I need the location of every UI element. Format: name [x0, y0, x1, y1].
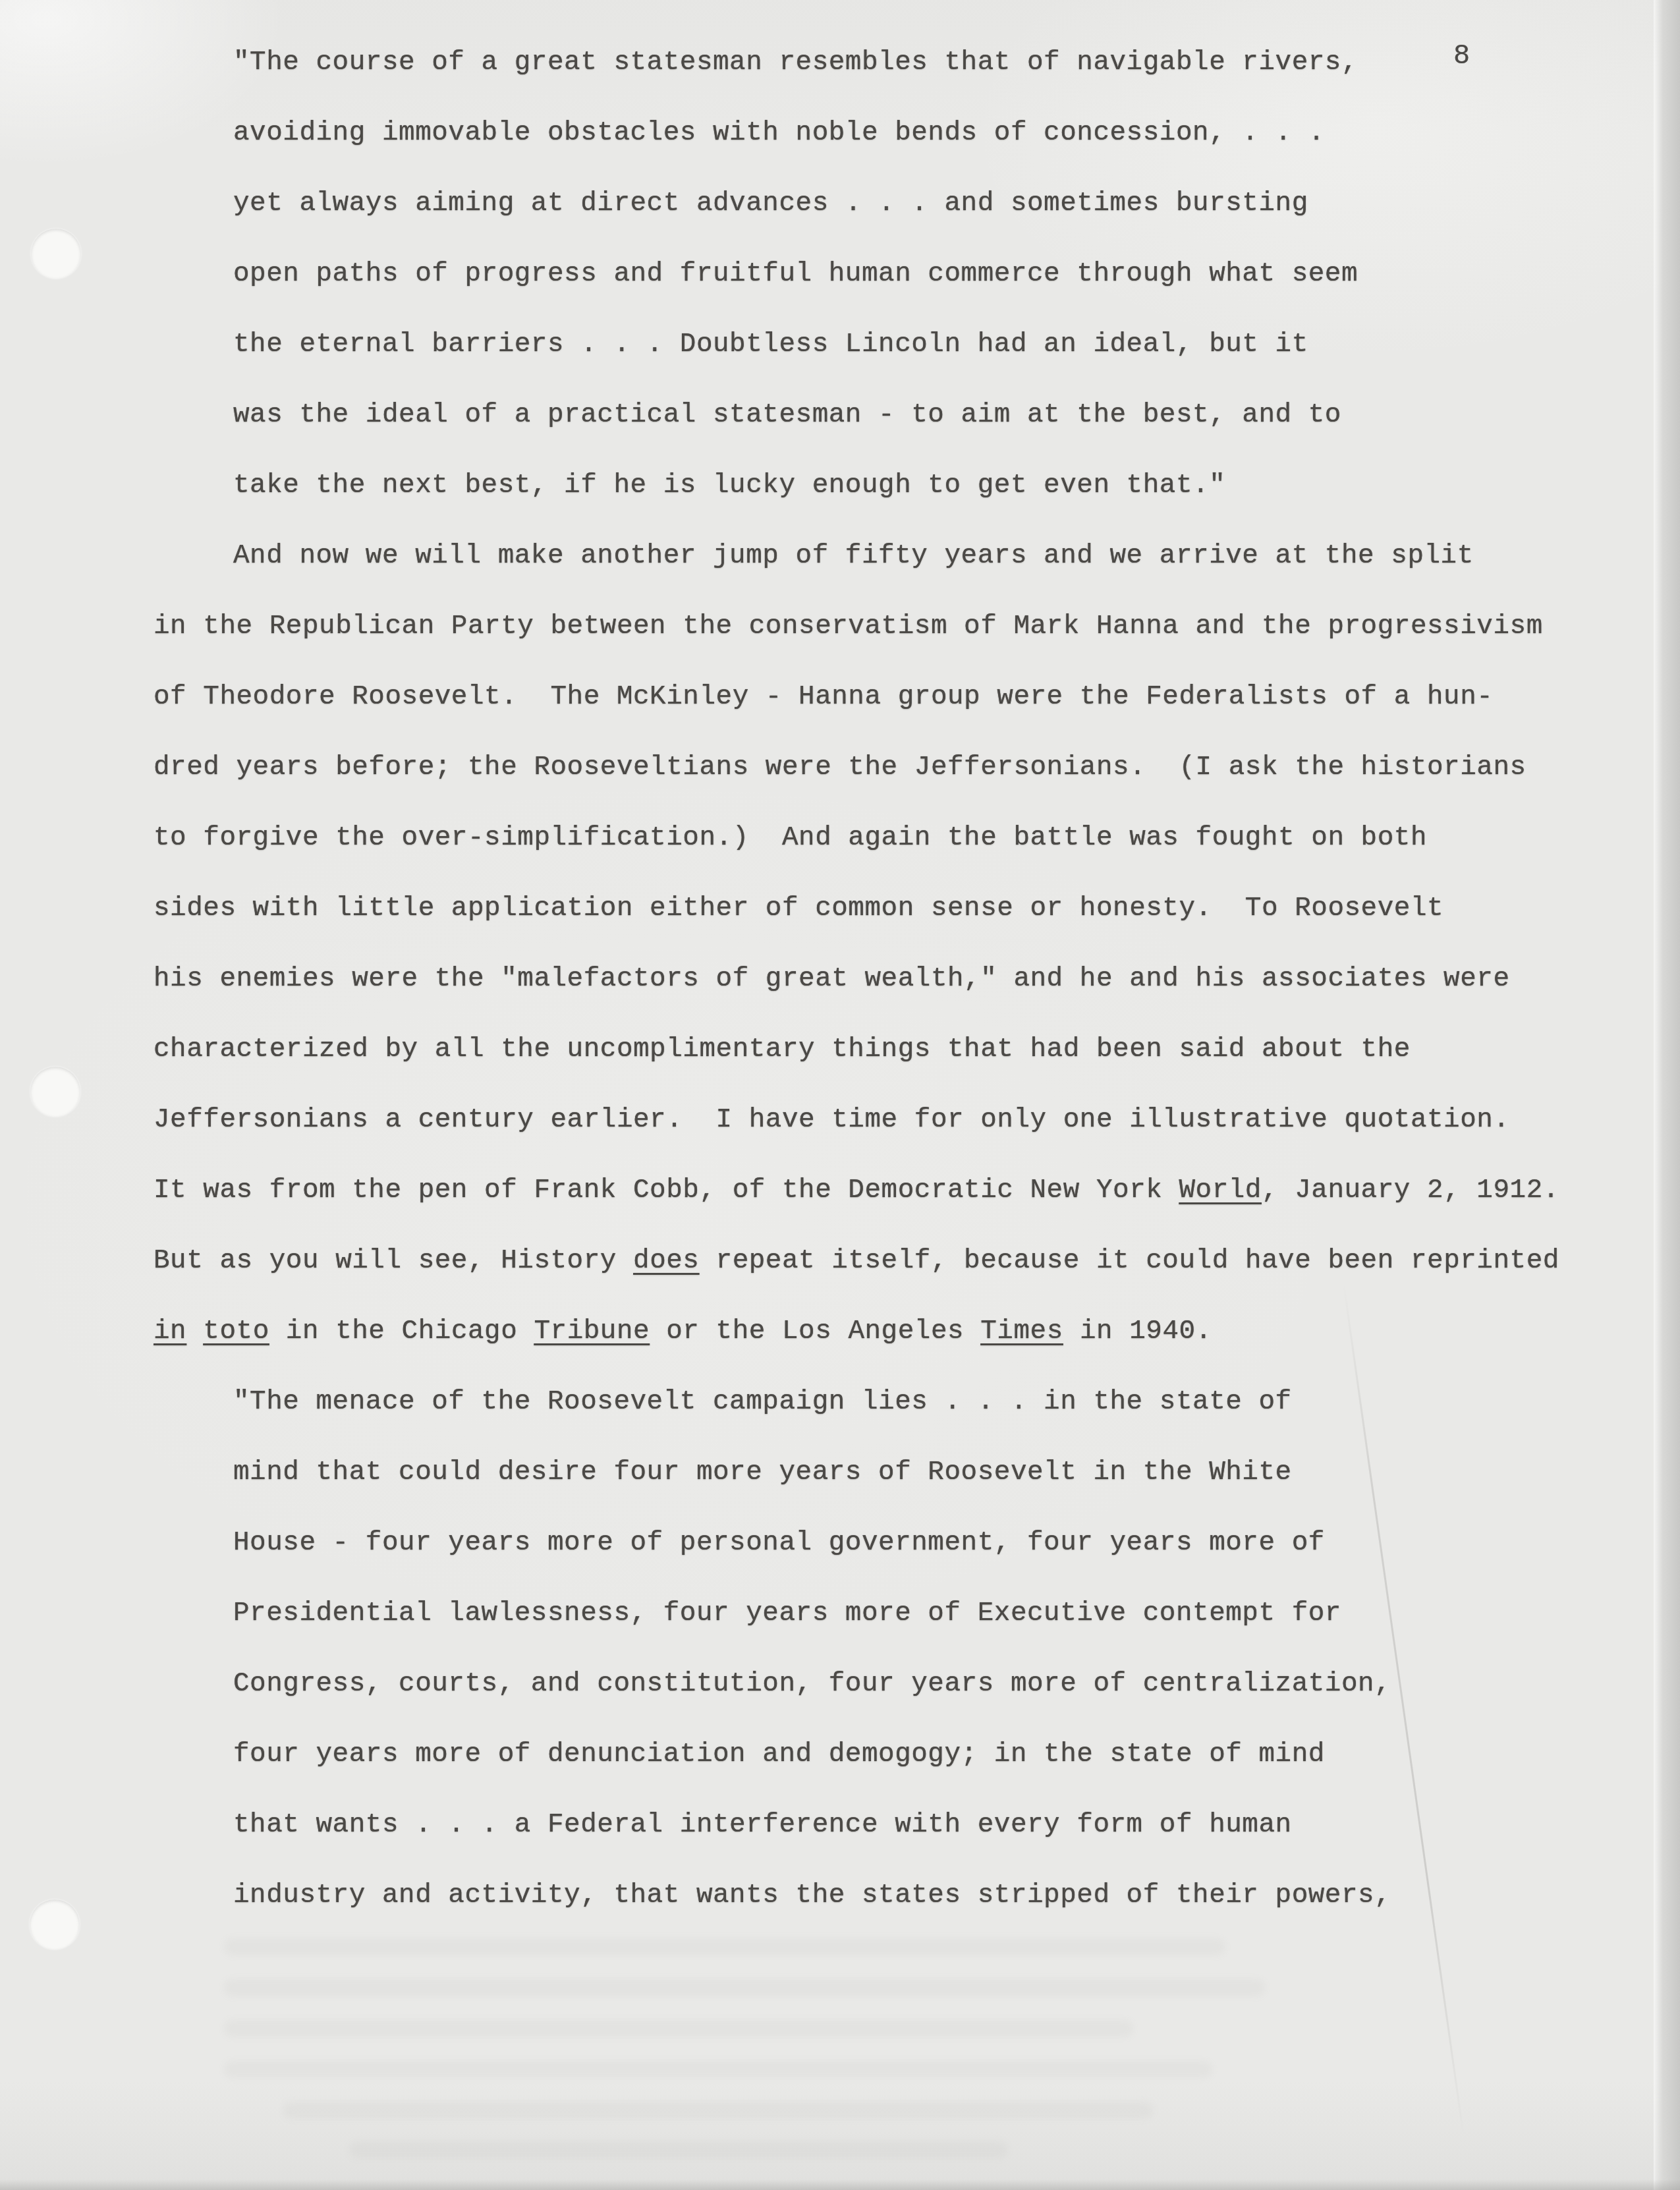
text-segment: "The course of a great statesman resembl…	[233, 47, 1358, 78]
text-segment	[186, 1316, 203, 1347]
underlined-text: Tribune	[534, 1316, 650, 1347]
punch-hole-middle	[30, 1067, 80, 1117]
text-line: that wants . . . a Federal interference …	[154, 1790, 1680, 1861]
text-line: of Theodore Roosevelt. The McKinley - Ha…	[154, 662, 1680, 733]
text-line: open paths of progress and fruitful huma…	[154, 239, 1680, 310]
text-segment: take the next best, if he is lucky enoug…	[233, 470, 1225, 501]
underlined-text: World	[1179, 1175, 1262, 1206]
underlined-text: Times	[980, 1316, 1063, 1347]
text-line: Jeffersonians a century earlier. I have …	[154, 1085, 1680, 1156]
text-segment: yet always aiming at direct advances . .…	[233, 188, 1308, 219]
text-segment: But as you will see, History	[154, 1246, 633, 1276]
text-line: to forgive the over-simplification.) And…	[154, 803, 1680, 874]
text-line: mind that could desire four more years o…	[154, 1438, 1680, 1508]
underlined-text: toto	[203, 1316, 269, 1347]
text-line: yet always aiming at direct advances . .…	[154, 169, 1680, 239]
bleed-through-line	[224, 2061, 1212, 2078]
text-segment: Presidential lawlessness, four years mor…	[233, 1598, 1341, 1629]
text-segment: his enemies were the "malefactors of gre…	[154, 964, 1510, 994]
text-segment: "The menace of the Roosevelt campaign li…	[233, 1387, 1292, 1417]
text-line: Presidential lawlessness, four years mor…	[154, 1579, 1680, 1649]
text-segment: open paths of progress and fruitful huma…	[233, 259, 1358, 289]
document-body: "The course of a great statesman resembl…	[0, 28, 1680, 1931]
text-line: "The menace of the Roosevelt campaign li…	[154, 1367, 1680, 1438]
text-line: take the next best, if he is lucky enoug…	[154, 451, 1680, 521]
text-line: It was from the pen of Frank Cobb, of th…	[154, 1156, 1680, 1226]
text-line: his enemies were the "malefactors of gre…	[154, 944, 1680, 1015]
block-quote: "The menace of the Roosevelt campaign li…	[154, 1367, 1680, 1931]
text-segment: And now we will make another jump of fif…	[233, 541, 1474, 571]
text-line: avoiding immovable obstacles with noble …	[154, 98, 1680, 169]
text-segment: or the Los Angeles	[650, 1316, 980, 1347]
text-segment: that wants . . . a Federal interference …	[233, 1810, 1292, 1840]
text-segment: Jeffersonians a century earlier. I have …	[154, 1105, 1510, 1135]
text-line: dred years before; the Rooseveltians wer…	[154, 733, 1680, 803]
text-segment: repeat itself, because it could have bee…	[699, 1246, 1559, 1276]
scan-edge-bottom	[0, 2179, 1680, 2190]
bleed-through-line	[224, 1938, 1225, 1955]
text-segment: characterized by all the uncomplimentary…	[154, 1034, 1411, 1065]
text-segment: to forgive the over-simplification.) And…	[154, 823, 1427, 853]
text-segment: avoiding immovable obstacles with noble …	[233, 118, 1325, 148]
text-segment: Congress, courts, and constitution, four…	[233, 1669, 1391, 1699]
text-line: characterized by all the uncomplimentary…	[154, 1015, 1680, 1085]
text-segment: the eternal barriers . . . Doubtless Lin…	[233, 329, 1308, 360]
text-segment: in the Chicago	[269, 1316, 534, 1347]
text-segment: House - four years more of personal gove…	[233, 1528, 1325, 1558]
punch-hole-top	[31, 229, 81, 279]
text-line: four years more of denunciation and demo…	[154, 1720, 1680, 1790]
punch-hole-bottom	[30, 1899, 80, 1950]
text-segment: mind that could desire four more years o…	[233, 1457, 1292, 1488]
scanned-typewritten-page: { "ink_color": "#4b4946", "paper_color":…	[0, 0, 1680, 2190]
text-line: in toto in the Chicago Tribune or the Lo…	[154, 1297, 1680, 1367]
text-line: sides with little application either of …	[154, 874, 1680, 944]
bleed-through-line	[283, 2102, 1153, 2119]
text-line: in the Republican Party between the cons…	[154, 592, 1680, 662]
text-line: But as you will see, History does repeat…	[154, 1226, 1680, 1297]
text-segment: four years more of denunciation and demo…	[233, 1739, 1325, 1770]
text-segment: was the ideal of a practical statesman -…	[233, 400, 1341, 430]
text-segment: sides with little application either of …	[154, 893, 1443, 924]
text-segment: in the Republican Party between the cons…	[154, 611, 1543, 642]
underlined-text: in	[154, 1316, 186, 1347]
text-line: And now we will make another jump of fif…	[154, 521, 1680, 592]
text-line: "The course of a great statesman resembl…	[154, 28, 1680, 98]
text-segment: It was from the pen of Frank Cobb, of th…	[154, 1175, 1179, 1206]
text-line: the eternal barriers . . . Doubtless Lin…	[154, 310, 1680, 380]
text-line: Congress, courts, and constitution, four…	[154, 1649, 1680, 1720]
text-line: industry and activity, that wants the st…	[154, 1861, 1680, 1931]
text-segment: of Theodore Roosevelt. The McKinley - Ha…	[154, 682, 1493, 712]
scan-edge-right	[1654, 0, 1680, 2190]
text-segment: , January 2, 1912.	[1262, 1175, 1559, 1206]
text-segment: dred years before; the Rooseveltians wer…	[154, 752, 1526, 783]
underlined-text: does	[633, 1246, 699, 1276]
paragraph: And now we will make another jump of fif…	[154, 521, 1680, 1367]
text-line: was the ideal of a practical statesman -…	[154, 380, 1680, 451]
block-quote: "The course of a great statesman resembl…	[154, 28, 1680, 521]
text-line: House - four years more of personal gove…	[154, 1508, 1680, 1579]
bleed-through-line	[224, 1979, 1265, 1996]
bleed-through-line	[224, 2020, 1133, 2037]
text-segment: in 1940.	[1063, 1316, 1212, 1347]
bleed-through-line	[349, 2141, 1008, 2158]
text-segment: industry and activity, that wants the st…	[233, 1880, 1391, 1911]
